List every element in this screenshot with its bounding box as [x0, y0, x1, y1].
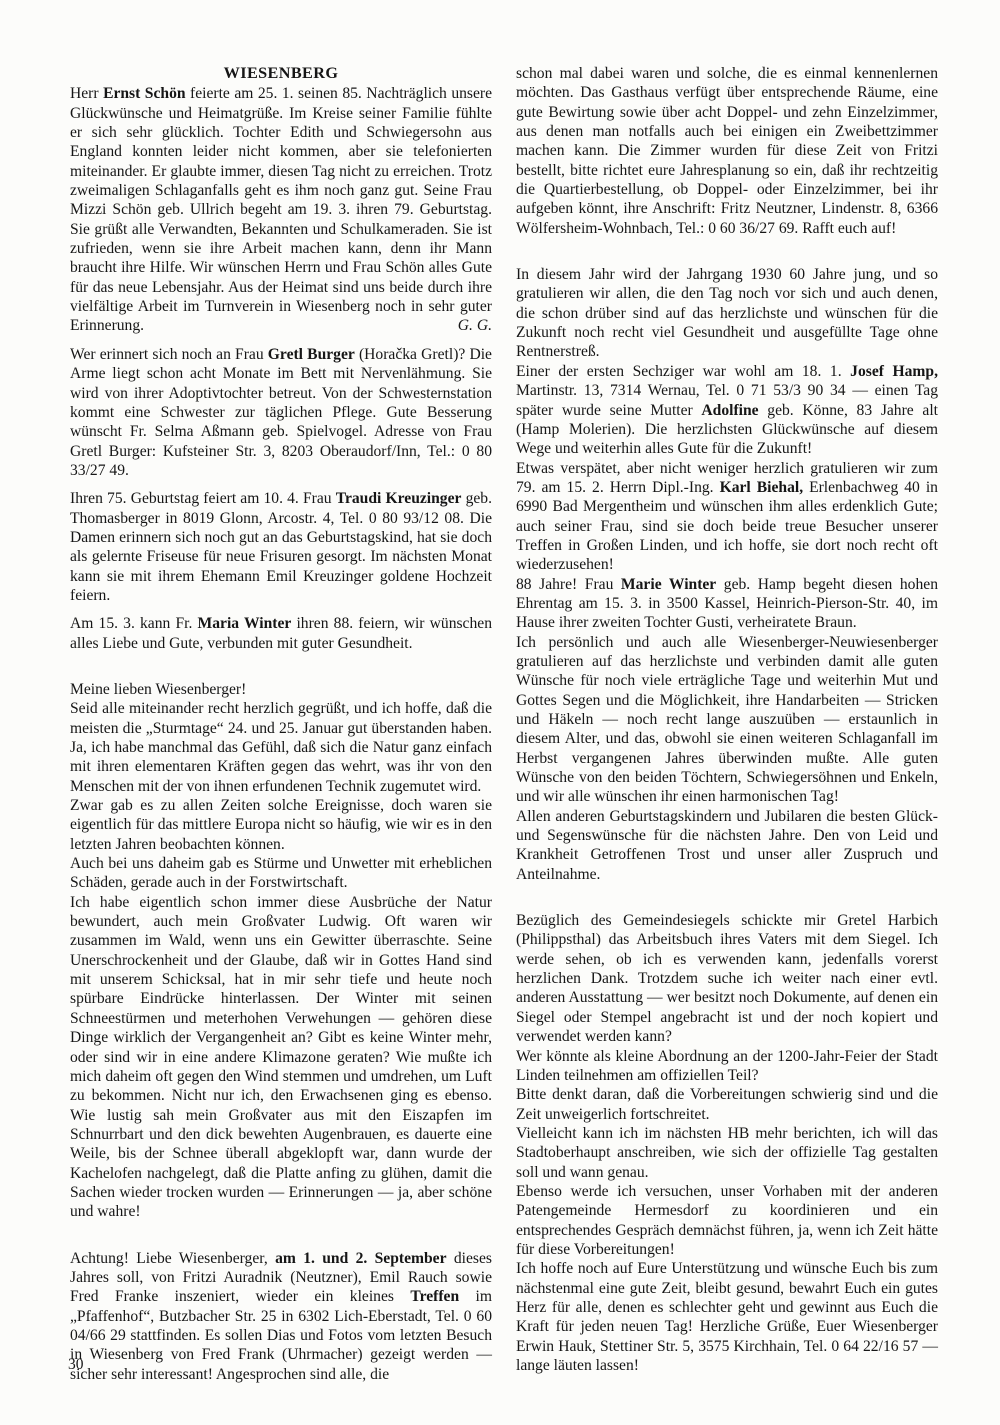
- text-run: 88 Jahre! Frau: [516, 576, 621, 593]
- paragraph: Seid alle miteinander recht herzlich geg…: [70, 699, 492, 796]
- text-run: feierte am 25. 1. seinen 85. Nachträglic…: [70, 85, 492, 334]
- page-number: 30: [68, 1355, 84, 1374]
- text-run: Meine lieben Wiesenberger!: [70, 681, 246, 698]
- text-run: (Horačka Gretl)? Die Arme liegt schon ac…: [70, 346, 492, 479]
- paragraph: Meine lieben Wiesenberger!: [70, 680, 492, 699]
- paragraph: Einer der ersten Sechziger war wohl am 1…: [516, 362, 938, 459]
- text-run: Ich habe eigentlich schon immer diese Au…: [70, 894, 492, 1221]
- text-run: Allen anderen Geburtstagskindern und Jub…: [516, 808, 938, 883]
- text-run: Bitte denkt daran, daß die Vorbereitunge…: [516, 1086, 938, 1122]
- paragraph: Etwas verspätet, aber nicht weniger herz…: [516, 459, 938, 575]
- highlighted-name: Adolfine: [701, 402, 758, 419]
- text-run: Ebenso werde ich versuchen, unser Vorhab…: [516, 1183, 938, 1258]
- paragraph: Wer erinnert sich noch an Frau Gretl Bur…: [70, 345, 492, 480]
- paragraph: Am 15. 3. kann Fr. Maria Winter ihren 88…: [70, 614, 492, 653]
- highlighted-name: Treffen: [410, 1288, 459, 1305]
- text-run: In diesem Jahr wird der Jahrgang 1930 60…: [516, 266, 938, 360]
- paragraph: Ich hoffe noch auf Eure Unterstützung un…: [516, 1259, 938, 1375]
- paragraph: Herr Ernst Schön feierte am 25. 1. seine…: [70, 84, 492, 335]
- highlighted-name: am 1. und 2. September: [275, 1250, 446, 1267]
- text-run: Achtung! Liebe Wiesenberger,: [70, 1250, 275, 1267]
- text-run: Vielleicht kann ich im nächsten HB mehr …: [516, 1125, 938, 1181]
- highlighted-name: Karl Biehal,: [720, 479, 804, 496]
- paragraph: Auch bei uns daheim gab es Stürme und Un…: [70, 854, 492, 893]
- paragraph: Ich habe eigentlich schon immer diese Au…: [70, 893, 492, 1222]
- highlighted-name: Maria Winter: [198, 615, 292, 632]
- paragraph: Vielleicht kann ich im nächsten HB mehr …: [516, 1124, 938, 1182]
- text-columns: WIESENBERG Herr Ernst Schön feierte am 2…: [70, 64, 938, 1384]
- text-run: Ich persönlich und auch alle Wiesenberge…: [516, 634, 938, 806]
- text-run: Seid alle miteinander recht herzlich geg…: [70, 700, 492, 794]
- paragraph: schon mal dabei waren und solche, die es…: [516, 64, 938, 238]
- paragraph: Ich persönlich und auch alle Wiesenberge…: [516, 633, 938, 807]
- text-run: Bezüglich des Gemeindesiegels schickte m…: [516, 912, 938, 1045]
- author-initials: G. G.: [446, 316, 492, 335]
- text-run: Wer könnte als kleine Abordnung an der 1…: [516, 1048, 938, 1084]
- highlighted-name: Josef Hamp,: [850, 363, 938, 380]
- paragraph: Bezüglich des Gemeindesiegels schickte m…: [516, 911, 938, 1046]
- paragraph: Wer könnte als kleine Abordnung an der 1…: [516, 1047, 938, 1086]
- text-run: schon mal dabei waren und solche, die es…: [516, 65, 938, 237]
- paragraph: Achtung! Liebe Wiesenberger, am 1. und 2…: [70, 1249, 492, 1384]
- paragraph: Bitte denkt daran, daß die Vorbereitunge…: [516, 1085, 938, 1124]
- newsletter-page: WIESENBERG Herr Ernst Schön feierte am 2…: [0, 0, 1000, 1425]
- text-run: Zwar gab es zu allen Zeiten solche Ereig…: [70, 797, 492, 853]
- text-run: Herr: [70, 85, 103, 102]
- highlighted-name: Gretl Burger: [268, 346, 355, 363]
- paragraph: Zwar gab es zu allen Zeiten solche Ereig…: [70, 796, 492, 854]
- highlighted-name: Ernst Schön: [103, 85, 185, 102]
- section-heading: WIESENBERG: [70, 64, 492, 83]
- paragraph: Ihren 75. Geburtstag feiert am 10. 4. Fr…: [70, 489, 492, 605]
- paragraph: 88 Jahre! Frau Marie Winter geb. Hamp be…: [516, 575, 938, 633]
- paragraph: Allen anderen Geburtstagskindern und Jub…: [516, 807, 938, 884]
- highlighted-name: Marie Winter: [621, 576, 716, 593]
- text-run: Ihren 75. Geburtstag feiert am 10. 4. Fr…: [70, 490, 336, 507]
- text-run: Auch bei uns daheim gab es Stürme und Un…: [70, 855, 492, 891]
- text-run: Am 15. 3. kann Fr.: [70, 615, 198, 632]
- right-column: schon mal dabei waren und solche, die es…: [516, 64, 938, 1375]
- text-run: Wer erinnert sich noch an Frau: [70, 346, 268, 363]
- paragraph: In diesem Jahr wird der Jahrgang 1930 60…: [516, 265, 938, 362]
- text-run: geb. Thomasberger in 8019 Glonn, Arcostr…: [70, 490, 492, 604]
- left-column: WIESENBERG Herr Ernst Schön feierte am 2…: [70, 64, 492, 1384]
- text-run: Einer der ersten Sechziger war wohl am 1…: [516, 363, 850, 380]
- text-run: Ich hoffe noch auf Eure Unterstützung un…: [516, 1260, 938, 1374]
- paragraph: Ebenso werde ich versuchen, unser Vorhab…: [516, 1182, 938, 1259]
- highlighted-name: Traudi Kreuzinger: [336, 490, 462, 507]
